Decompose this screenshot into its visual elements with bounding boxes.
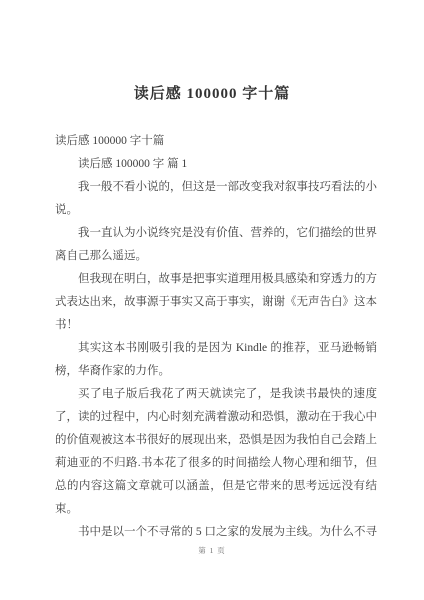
document-body: 读后感 100000 字十篇 读后感 100000 字 篇 1 我一般不看小说的…: [55, 130, 377, 544]
paragraph: 但我现在明白，故事是把事实道理用极具感染和穿透力的方式表达出来，故事源于事实又高…: [55, 268, 377, 337]
document-page: 读后感 100000 字十篇 读后感 100000 字十篇 读后感 100000…: [0, 0, 424, 600]
document-title: 读后感 100000 字十篇: [0, 0, 424, 104]
document-heading-line: 读后感 100000 字十篇: [55, 130, 377, 153]
paragraph: 书中是以一个不寻常的 5 口之家的发展为主线。为什么不寻: [55, 521, 377, 544]
paragraph: 我一直认为小说终究是没有价值、营养的，它们描绘的世界离自己那么遥远。: [55, 222, 377, 268]
paragraph: 买了电子版后我花了两天就读完了，是我读书最快的速度了，读的过程中，内心时刻充满着…: [55, 383, 377, 521]
paragraph: 我一般不看小说的，但这是一部改变我对叙事技巧看法的小说。: [55, 176, 377, 222]
section-label: 读后感 100000 字 篇 1: [55, 153, 377, 176]
page-number: 第 1 页: [0, 546, 424, 556]
paragraph: 其实这本书刚吸引我的是因为 Kindle 的推荐，亚马逊畅销榜，华裔作家的力作。: [55, 337, 377, 383]
